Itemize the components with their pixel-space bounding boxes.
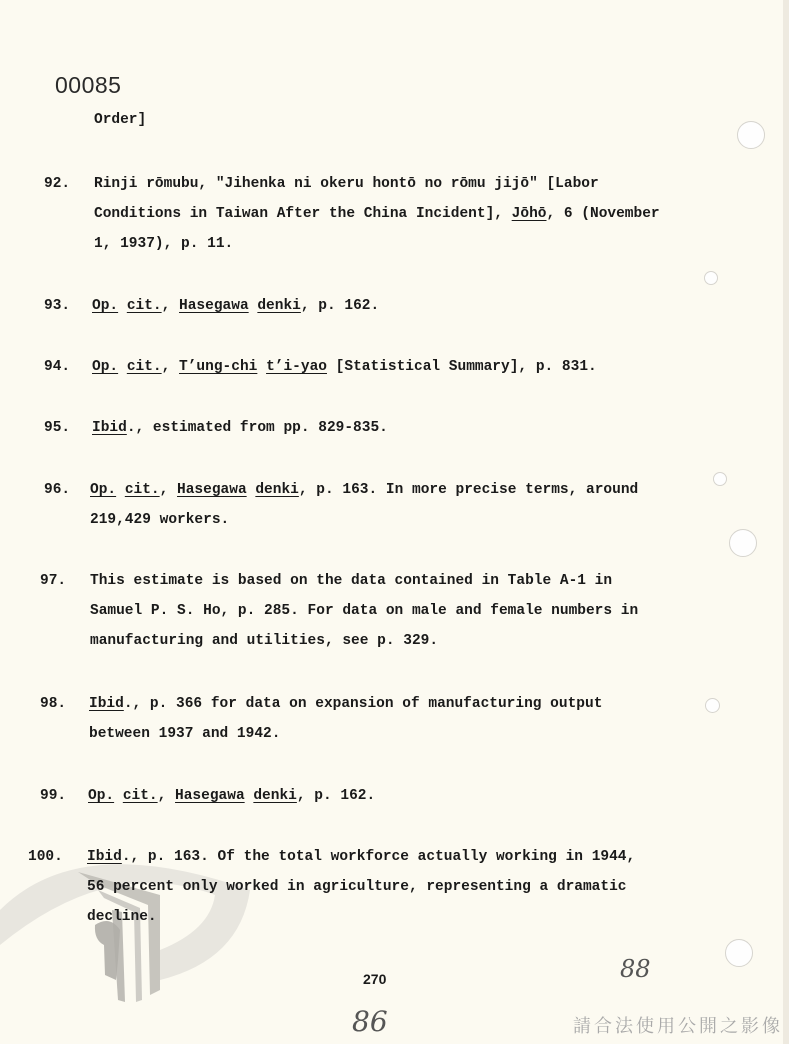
text-run: 219,429 workers. [90,512,229,528]
text-run: ., p. 366 for data on expansion of manuf… [124,696,603,712]
text-run: [Statistical Summary], p. 831. [327,359,597,375]
footnote-text: Op. cit., Hasegawa denki, p. 163. In mor… [90,475,638,535]
footnote-text: Ibid., p. 366 for data on expansion of m… [89,689,602,749]
underlined-citation: Op. [92,359,118,375]
footnote-number: 97. [40,566,66,596]
footnote-text: This estimate is based on the data conta… [90,566,638,656]
underlined-citation: cit. [125,482,160,498]
footnote-line: Op. cit., Hasegawa denki, p. 163. In mor… [90,475,638,505]
footnote-line: 1, 1937), p. 11. [94,229,660,259]
footnote-line: between 1937 and 1942. [89,719,602,749]
text-run: , [162,298,179,314]
footnote-line: 219,429 workers. [90,505,638,535]
text-run: This estimate is based on the data conta… [90,573,612,589]
text-run: Samuel P. S. Ho, p. 285. For data on mal… [90,603,638,619]
text-run: 1, 1937), p. 11. [94,236,233,252]
text-run: , p. 162. [297,788,375,804]
text-run: , [158,788,175,804]
footnote-line: Conditions in Taiwan After the China Inc… [94,199,660,229]
underlined-citation: Hasegawa [177,482,247,498]
underlined-citation: Ibid [92,420,127,436]
footnote-text: Rinji rōmubu, "Jihenka ni okeru hontō no… [94,169,660,259]
footnote-text: Ibid., estimated from pp. 829-835. [92,413,388,443]
text-run: Rinji rōmubu, "Jihenka ni okeru hontō no… [94,176,599,192]
text-run: , [162,359,179,375]
footnote-number: 96. [44,475,70,505]
underlined-citation: Hasegawa [175,788,245,804]
underlined-citation: T’ung-chi [179,359,257,375]
footnote-line: Ibid., p. 366 for data on expansion of m… [89,689,602,719]
underlined-citation: cit. [127,359,162,375]
continued-text: Order] [94,112,146,128]
punch-hole [704,271,718,285]
underlined-citation: Op. [90,482,116,498]
underlined-citation: denki [253,788,297,804]
punch-hole [725,939,753,967]
text-run: ., estimated from pp. 829-835. [127,420,388,436]
punch-hole [737,121,765,149]
underlined-citation: t’i-yao [266,359,327,375]
text-run: , p. 162. [301,298,379,314]
footnote-line: Rinji rōmubu, "Jihenka ni okeru hontō no… [94,169,660,199]
footnote-text: Ibid., p. 163. Of the total workforce ac… [87,842,635,932]
footnote-text: Op. cit., T’ung-chi t’i-yao [Statistical… [92,352,597,382]
underlined-citation: Op. [88,788,114,804]
page-edge [783,0,789,1044]
text-run [118,359,127,375]
footnote-number: 93. [44,291,70,321]
text-run [114,788,123,804]
text-run: , 6 (November [546,206,659,222]
usage-watermark: 請合法使用公開之影像 [573,1012,783,1038]
underlined-citation: cit. [127,298,162,314]
footnote-line: decline. [87,902,635,932]
footnote-number: 95. [44,413,70,443]
footnote-text: Op. cit., Hasegawa denki, p. 162. [92,291,379,321]
text-run: manufacturing and utilities, see p. 329. [90,633,438,649]
text-run: , p. 163. In more precise terms, around [299,482,638,498]
archive-id: 00085 [55,72,121,99]
footnote-line: Samuel P. S. Ho, p. 285. For data on mal… [90,596,638,626]
text-run [257,359,266,375]
punch-hole [729,529,757,557]
underlined-citation: Jōhō [512,206,547,222]
underlined-citation: Ibid [87,849,122,865]
footnote-line: Op. cit., Hasegawa denki, p. 162. [92,291,379,321]
footnote-line: manufacturing and utilities, see p. 329. [90,626,638,656]
underlined-citation: Hasegawa [179,298,249,314]
footnote-number: 99. [40,781,66,811]
footnote-line: This estimate is based on the data conta… [90,566,638,596]
handwritten-mark: 86 [352,1005,388,1038]
underlined-citation: Ibid [89,696,124,712]
text-run: decline. [87,909,157,925]
footnote-line: Ibid., p. 163. Of the total workforce ac… [87,842,635,872]
text-run: , [160,482,177,498]
footnote-number: 94. [44,352,70,382]
footnote-number: 92. [44,169,70,199]
text-run: between 1937 and 1942. [89,726,280,742]
underlined-citation: cit. [123,788,158,804]
text-run: Conditions in Taiwan After the China Inc… [94,206,512,222]
handwritten-mark: 88 [620,955,651,983]
punch-hole [713,472,727,486]
footnote-line: Op. cit., T’ung-chi t’i-yao [Statistical… [92,352,597,382]
underlined-citation: Op. [92,298,118,314]
footnote-line: Op. cit., Hasegawa denki, p. 162. [88,781,375,811]
text-run: 56 percent only worked in agriculture, r… [87,879,627,895]
punch-hole [705,698,720,713]
underlined-citation: denki [255,482,299,498]
text-run: ., p. 163. Of the total workforce actual… [122,849,635,865]
page-number: 270 [363,971,386,987]
footnote-number: 98. [40,689,66,719]
text-run [116,482,125,498]
underlined-citation: denki [257,298,301,314]
footnote-number: 100. [28,842,63,872]
footnote-line: 56 percent only worked in agriculture, r… [87,872,635,902]
footnote-line: Ibid., estimated from pp. 829-835. [92,413,388,443]
text-run [118,298,127,314]
footnote-text: Op. cit., Hasegawa denki, p. 162. [88,781,375,811]
